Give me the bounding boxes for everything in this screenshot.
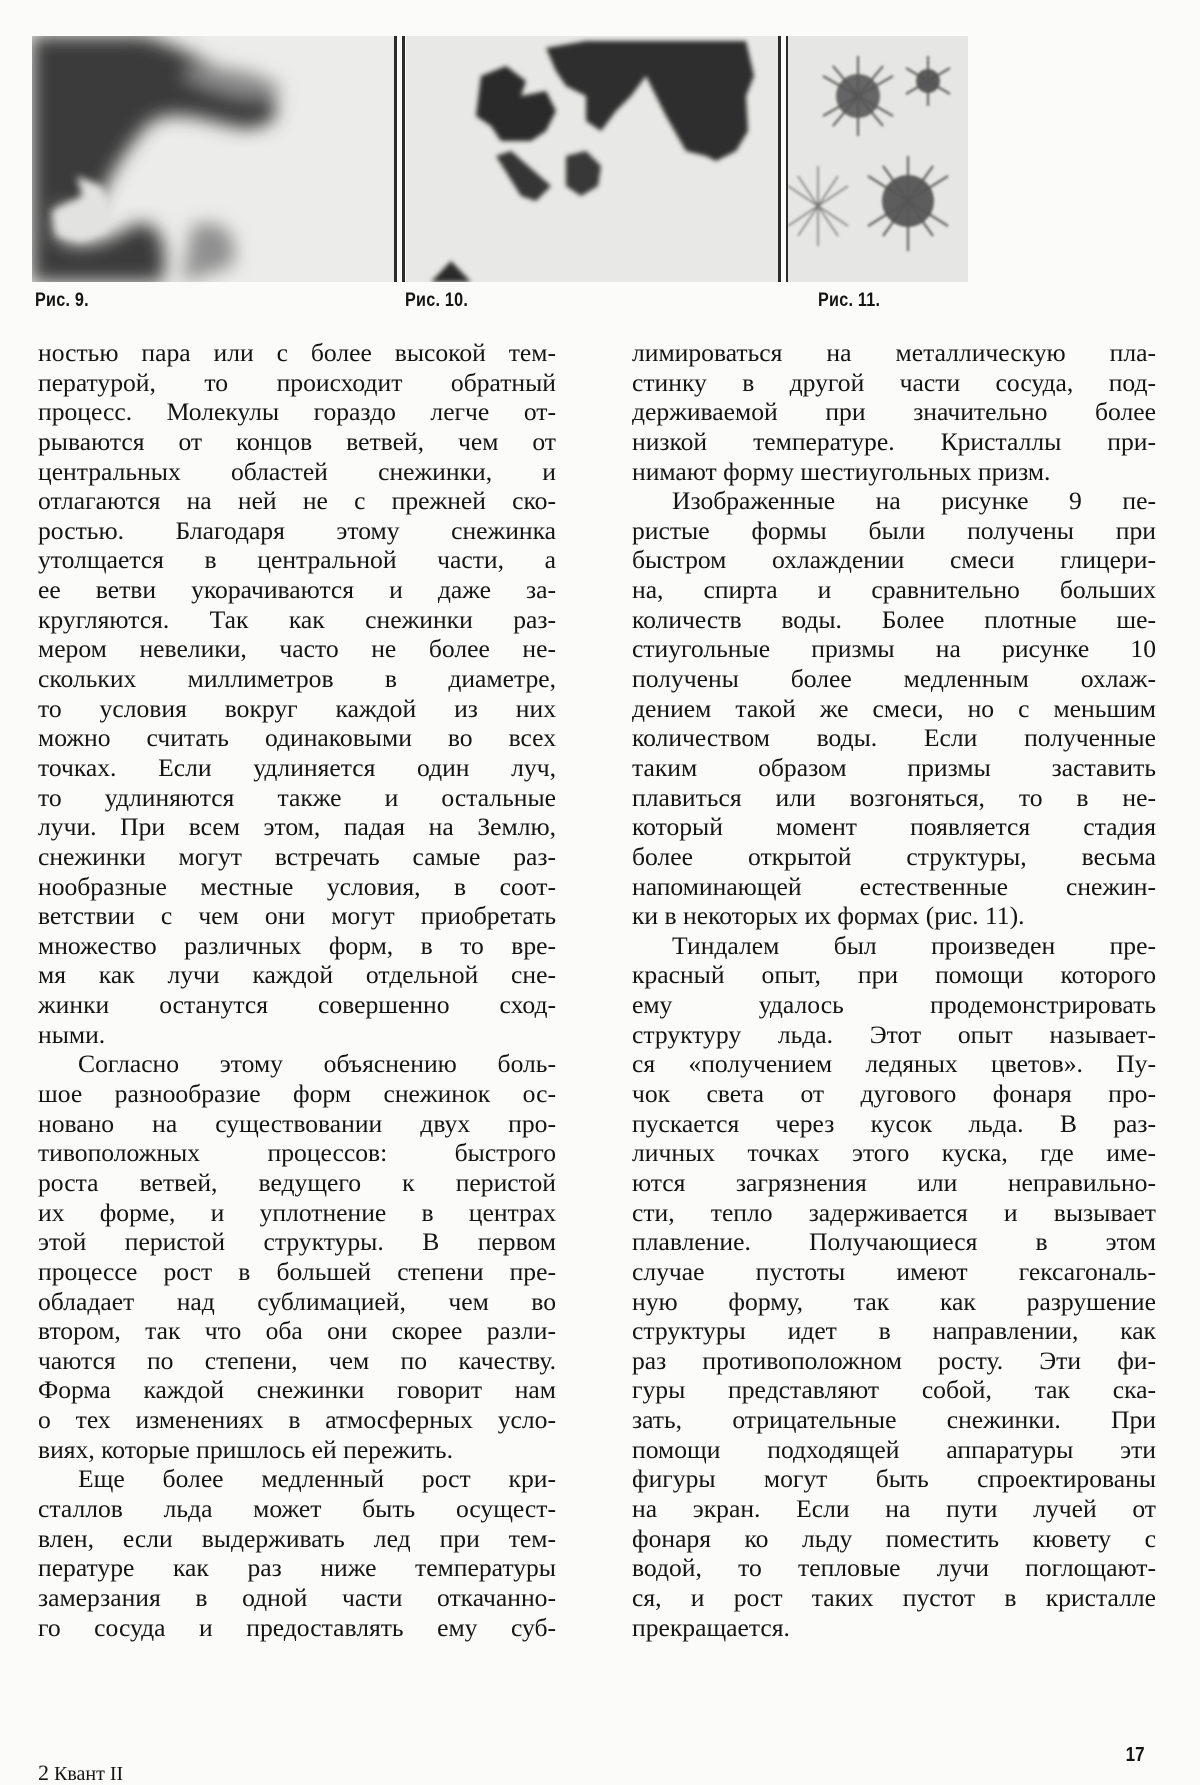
text-line: стиугольные призмы на рисунке 10 (632, 634, 1156, 664)
text-line: прекращается. (632, 1613, 1156, 1643)
text-line: замерзания в одной части откачанно- (38, 1583, 556, 1613)
text-line: Форма каждой снежинки говорит нам (38, 1375, 556, 1405)
text-line: можно считать одинаковыми во всех (38, 723, 556, 753)
figure-10-image (406, 36, 778, 282)
text-line: виях, которые пришлось ей пережить. (38, 1435, 556, 1465)
text-line: который момент появляется стадия (632, 812, 1156, 842)
text-line: центральных областей снежинки, и (38, 457, 556, 487)
text-line: пускается через кусок льда. В раз- (632, 1109, 1156, 1139)
text-line: нообразные местные условия, в соот- (38, 872, 556, 902)
text-line: лимироваться на металлическую пла- (632, 338, 1156, 368)
figure-strip (32, 36, 968, 282)
text-line: точках. Если удлиняется один луч, (38, 753, 556, 783)
text-line: стинку в другой части сосуда, под- (632, 368, 1156, 398)
text-line: ки в некоторых их формах (рис. 11). (632, 901, 1156, 931)
text-line: снежинки могут встречать самые раз- (38, 842, 556, 872)
text-line: утолщается в центральной части, а (38, 545, 556, 575)
text-line: получены более медленным охлаж- (632, 664, 1156, 694)
text-line: то условия вокруг каждой из них (38, 694, 556, 724)
text-line: обладает над сублимацией, чем во (38, 1287, 556, 1317)
text-line: ся «получением ледяных цветов». Пу- (632, 1049, 1156, 1079)
text-line: ростью. Благодаря этому снежинка (38, 516, 556, 546)
text-line: сти, тепло задерживается и вызывает (632, 1198, 1156, 1228)
text-line: структуру льда. Этот опыт называет- (632, 1020, 1156, 1050)
text-line: мером невелики, часто не более не- (38, 634, 556, 664)
text-line: случае пустоты имеют гексагональ- (632, 1257, 1156, 1287)
text-line: ее ветви укорачиваются и даже за- (38, 575, 556, 605)
text-line: красный опыт, при помощи которого (632, 960, 1156, 990)
text-line: водой, то тепловые лучи поглощают- (632, 1553, 1156, 1583)
text-line: то удлиняются также и остальные (38, 783, 556, 813)
text-line: на экран. Если на пути лучей от (632, 1494, 1156, 1524)
text-line: роста ветвей, ведущего к перистой (38, 1168, 556, 1198)
text-line: мя как лучи каждой отдельной сне- (38, 960, 556, 990)
text-line: жинки останутся совершенно сход- (38, 990, 556, 1020)
figure-10-caption: Рис. 10. (405, 290, 468, 312)
text-line: го сосуда и предоставлять ему суб- (38, 1613, 556, 1643)
text-line: втором, так что оба они скорее разли- (38, 1316, 556, 1346)
text-line: кругляются. Так как снежинки раз- (38, 605, 556, 635)
text-line: множество различных форм, в то вре- (38, 931, 556, 961)
text-line: гуры представляют собой, так ска- (632, 1375, 1156, 1405)
text-line: более открытой структуры, весьма (632, 842, 1156, 872)
text-line: быстром охлаждении смеси глицери- (632, 545, 1156, 575)
text-column-left: ностью пара или с более высокой тем-пера… (38, 338, 556, 1642)
text-line: напоминающей естественные снежин- (632, 872, 1156, 902)
text-line: рываются от концов ветвей, чем от (38, 427, 556, 457)
text-line: таким образом призмы заставить (632, 753, 1156, 783)
text-line: новано на существовании двух про- (38, 1109, 556, 1139)
text-line: лучи. При всем этом, падая на Землю, (38, 812, 556, 842)
figure-9-caption: Рис. 9. (35, 290, 89, 312)
text-line: тивоположных процессов: быстрого (38, 1138, 556, 1168)
text-line: сталлов льда может быть осущест- (38, 1494, 556, 1524)
text-column-right: лимироваться на металлическую пла-стинку… (632, 338, 1156, 1642)
text-line: дением такой же смеси, но с меньшим (632, 694, 1156, 724)
figure-9-image (32, 36, 394, 282)
figure-11-caption: Рис. 11. (818, 290, 880, 312)
signature-text: Квант II (54, 1763, 123, 1785)
text-line: влен, если выдерживать лед при тем- (38, 1524, 556, 1554)
figure-11-image (788, 36, 968, 282)
text-line: пературой, то происходит обратный (38, 368, 556, 398)
text-line: на, спирта и сравнительно больших (632, 575, 1156, 605)
text-line: этой перистой структуры. В первом (38, 1227, 556, 1257)
text-line: плавиться или возгоняться, то в не- (632, 783, 1156, 813)
text-line: ему удалось продемонстрировать (632, 990, 1156, 1020)
text-line: раз противоположном росту. Эти фи- (632, 1346, 1156, 1376)
text-line: ными. (38, 1020, 556, 1050)
figure-divider (394, 36, 405, 282)
text-line: пературе как раз ниже температуры (38, 1553, 556, 1583)
text-line: о тех изменениях в атмосферных усло- (38, 1405, 556, 1435)
page-number: 17 (1126, 1744, 1145, 1767)
text-line: количеств воды. Более плотные ше- (632, 605, 1156, 635)
text-line: чок света от дугового фонаря про- (632, 1079, 1156, 1109)
text-line: Согласно этому объяснению боль- (38, 1049, 556, 1079)
text-line: процесс. Молекулы гораздо легче от- (38, 397, 556, 427)
text-line: низкой температуре. Кристаллы при- (632, 427, 1156, 457)
text-line: их форме, и уплотнение в центрах (38, 1198, 556, 1228)
text-line: ются загрязнения или неправильно- (632, 1168, 1156, 1198)
text-line: плавление. Получающиеся в этом (632, 1227, 1156, 1257)
text-line: фигуры могут быть спроектированы (632, 1464, 1156, 1494)
text-line: процессе рост в большей степени пре- (38, 1257, 556, 1287)
text-line: ностью пара или с более высокой тем- (38, 338, 556, 368)
text-line: фонаря ко льду поместить кювету с (632, 1524, 1156, 1554)
text-line: шое разнообразие форм снежинок ос- (38, 1079, 556, 1109)
text-line: нимают форму шестиугольных призм. (632, 457, 1156, 487)
text-line: ветствии с чем они могут приобретать (38, 901, 556, 931)
text-line: количеством воды. Если полученные (632, 723, 1156, 753)
text-line: Еще более медленный рост кри- (38, 1464, 556, 1494)
text-line: ристые формы были получены при (632, 516, 1156, 546)
text-line: держиваемой при значительно более (632, 397, 1156, 427)
text-line: ную форму, так как разрушение (632, 1287, 1156, 1317)
text-line: Изображенные на рисунке 9 пе- (632, 486, 1156, 516)
text-line: скольких миллиметров в диаметре, (38, 664, 556, 694)
text-line: отлагаются на ней не с прежней ско- (38, 486, 556, 516)
text-line: помощи подходящей аппаратуры эти (632, 1435, 1156, 1465)
text-line: зать, отрицательные снежинки. При (632, 1405, 1156, 1435)
signature-mark: 2 Квант II (38, 1760, 123, 1785)
text-line: структуры идет в направлении, как (632, 1316, 1156, 1346)
text-line: чаются по степени, чем по качеству. (38, 1346, 556, 1376)
text-line: Тиндалем был произведен пре- (632, 931, 1156, 961)
signature-number: 2 (38, 1760, 49, 1785)
text-line: личных точках этого куска, где име- (632, 1138, 1156, 1168)
text-line: ся, и рост таких пустот в кристалле (632, 1583, 1156, 1613)
